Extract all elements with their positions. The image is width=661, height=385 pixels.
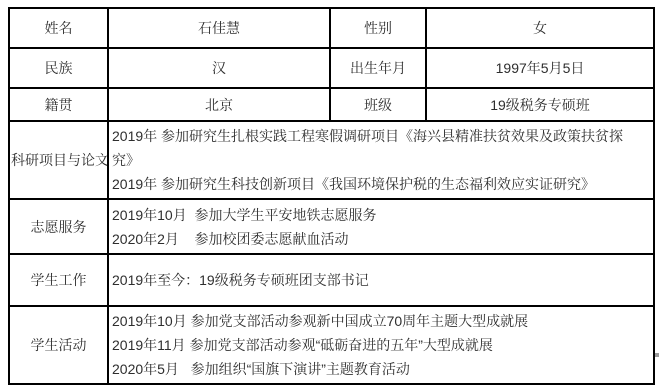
table-row: 学生活动 2019年10月 参加党支部活动参观新中国成立70周年主题大型成就展 … — [9, 306, 654, 363]
research-label-cell: 科研项目与论文 — [9, 121, 108, 199]
class-label-cell: 班级 — [330, 88, 426, 121]
table-row: 科研项目与论文 2019年 参加研究生扎根实践工程寒假调研项目《海兴县精准扶贫效… — [9, 121, 654, 199]
student-profile-table: 姓名 石佳慧 性别 女 民族 汉 出生年月 1997年5月5日 籍贯 北京 班级… — [8, 7, 655, 363]
table-row: 籍贯 北京 班级 19级税务专硕班 — [9, 88, 654, 121]
native-place-label-cell: 籍贯 — [9, 88, 108, 121]
gender-label-cell: 性别 — [330, 8, 426, 48]
class-value-cell: 19级税务专硕班 — [426, 88, 654, 121]
volunteer-label-cell: 志愿服务 — [9, 199, 108, 254]
student-work-content-cell: 2019年至今：19级税务专硕班团支部书记 — [108, 254, 654, 306]
student-activities-label-cell: 学生活动 — [9, 306, 108, 363]
table-row: 志愿服务 2019年10月 参加大学生平安地铁志愿服务 2020年2月 参加校团… — [9, 199, 654, 254]
ethnicity-label-cell: 民族 — [9, 48, 108, 88]
student-work-label-cell: 学生工作 — [9, 254, 108, 306]
birthdate-value-cell: 1997年5月5日 — [426, 48, 654, 88]
name-value-cell: 石佳慧 — [108, 8, 330, 48]
birthdate-label-cell: 出生年月 — [330, 48, 426, 88]
student-activities-content-cell: 2019年10月 参加党支部活动参观新中国成立70周年主题大型成就展 2019年… — [108, 306, 654, 363]
native-place-value-cell: 北京 — [108, 88, 330, 121]
table-resize-dot — [655, 353, 659, 357]
research-content-cell: 2019年 参加研究生扎根实践工程寒假调研项目《海兴县精准扶贫效果及政策扶贫探究… — [108, 121, 654, 199]
ethnicity-value-cell: 汉 — [108, 48, 330, 88]
name-label-cell: 姓名 — [9, 8, 108, 48]
table-row: 姓名 石佳慧 性别 女 — [9, 8, 654, 48]
gender-value-cell: 女 — [426, 8, 654, 48]
table-row: 民族 汉 出生年月 1997年5月5日 — [9, 48, 654, 88]
table-row: 学生工作 2019年至今：19级税务专硕班团支部书记 — [9, 254, 654, 306]
volunteer-content-cell: 2019年10月 参加大学生平安地铁志愿服务 2020年2月 参加校团委志愿献血… — [108, 199, 654, 254]
